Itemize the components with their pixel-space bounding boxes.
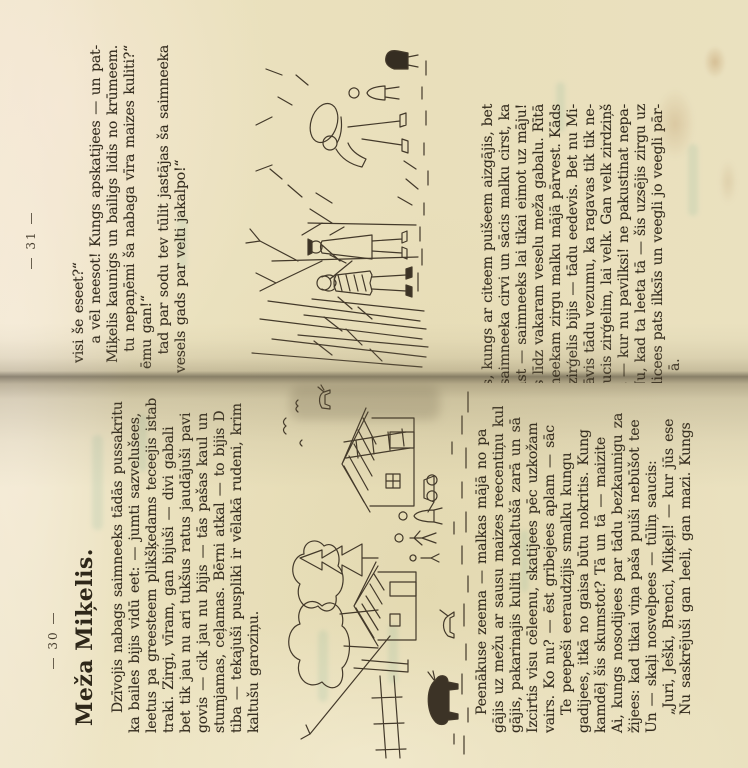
text-line: aimneekam zirgu malku mājā pārvest. Kāds xyxy=(548,104,565,383)
text-line: Miķelis kaunigs un bailigs lidis no krūm… xyxy=(105,45,122,363)
text-line: Un — skaļi nosvelpees — tūliņ saucis: xyxy=(644,461,661,734)
page-number: — 31 — xyxy=(24,198,38,282)
text-line: žijees: kad tikai viņa paša puiši nebūšo… xyxy=(627,420,644,733)
text-line: tu nepaņēmi ša nabaga vīra maizes kuliti… xyxy=(122,45,139,352)
text-line: bet tik jau nu ari tukšus ratus jaudājuš… xyxy=(178,413,195,733)
text-line: visi še eseet?“ xyxy=(71,262,88,363)
text-line: Te peepeši eeraudzijis smalku kungu xyxy=(559,452,576,733)
page-31: — 31 — visi še eseet?“a vēl neesot! Kung… xyxy=(0,0,748,383)
text-line: ātna zirģelis bijis — tādu eedevis. Bet … xyxy=(565,104,582,383)
book-scan-photo: — 30 — Meža Miķelis. Dzīvojis nabags sai… xyxy=(0,0,748,768)
text-line: Dzīvojis nabags saimneeks tādās pussakri… xyxy=(110,401,127,733)
text-line: vesels gads par velti jakalpo!“ xyxy=(173,160,190,373)
text-line: stumjamas, ceļamas. Bērni atkal — to bij… xyxy=(212,411,229,733)
text-line: Ai, kungs nosodijees par tādu bezkaunigu… xyxy=(610,413,627,733)
text-line: „Juri, Ješki, Brenci, Miķeļi! — kur jūs … xyxy=(661,419,678,733)
text-line: eicis, kungs ar citeem puišeem aizgājis,… xyxy=(480,104,497,383)
text-line: aķēris saimneeka cirvi un sācis malku ci… xyxy=(497,104,514,383)
text-line: Nu, kad ta leeta tā — šis uzsējis zirgu … xyxy=(633,104,650,383)
book-spread: — 30 — Meža Miķelis. Dzīvojis nabags sai… xyxy=(0,0,748,768)
text-line: leetus pa greesteem plikšķedams teceejis… xyxy=(144,398,161,733)
fold-ghost-shadow xyxy=(290,386,440,420)
text-line: ees — kur nu pavilksi! ne pakustinat nep… xyxy=(616,104,633,383)
text-line: gājis, pakarinajis kuliti nokaltušā zarā… xyxy=(508,417,525,733)
text-line: atklimst — saimneeks lai tikai eimot uz … xyxy=(514,104,531,383)
farmstead-illustration xyxy=(258,380,474,764)
forest-figures-illustration xyxy=(212,45,470,375)
text-line: vairs. Ko nu? — ēst gribejees aplam — sā… xyxy=(542,425,559,733)
page-30: — 30 — Meža Miķelis. Dzīvojis nabags sai… xyxy=(0,377,748,768)
text-line: traki. Zirgi, vīram, gan bijuši — divi g… xyxy=(161,427,178,733)
text-line: tad par sodu tev tūlit jastājas ša saimn… xyxy=(156,45,173,354)
text-line: gadijees, itkā no gaisa būtu nokritis. K… xyxy=(576,429,593,733)
text-line: ēmu gan!“ xyxy=(139,295,156,369)
text-line: ka bailes bijis vidū eet: — jumti sazvel… xyxy=(127,413,144,733)
text-line: Izcirtis visu cēleenu, skatijees pēc uzk… xyxy=(525,422,542,733)
text-line: gājis uz mežu ar sausu maizes reecentiņu… xyxy=(491,406,508,733)
text-line: govis — cik jau nu bijis — tās pašas kau… xyxy=(195,413,212,733)
text-line: Nu saskrējuši gan leeli, gan mazi. Kungs xyxy=(678,422,695,733)
story-title: Meža Miķelis. xyxy=(72,548,98,726)
text-line: a vēl neesot! Kungs apskatijees — un pat… xyxy=(88,45,105,343)
text-line: Peenākuse zeema — malkas mājā no pa xyxy=(474,429,491,733)
text-line: ā. xyxy=(667,359,684,371)
text-line: ā nokrāvis tādu vezumu, ka ragavas tik t… xyxy=(582,104,599,383)
text-line: uzsaucis zirģelim, lai velk. Gan velk zi… xyxy=(599,104,616,383)
page-number: — 30 — xyxy=(46,598,60,682)
text-line: tiba — tekajuši puspliki ir vēlakā ruden… xyxy=(229,403,246,733)
text-line: licees pats ilksīs un veegli jo veegli p… xyxy=(650,104,667,383)
text-line: kamdēļ šis skumstot? Tā un tā — maizite xyxy=(593,437,610,733)
text-line: nogāzis līdz vakaram veselu meža gabalu.… xyxy=(531,104,548,383)
